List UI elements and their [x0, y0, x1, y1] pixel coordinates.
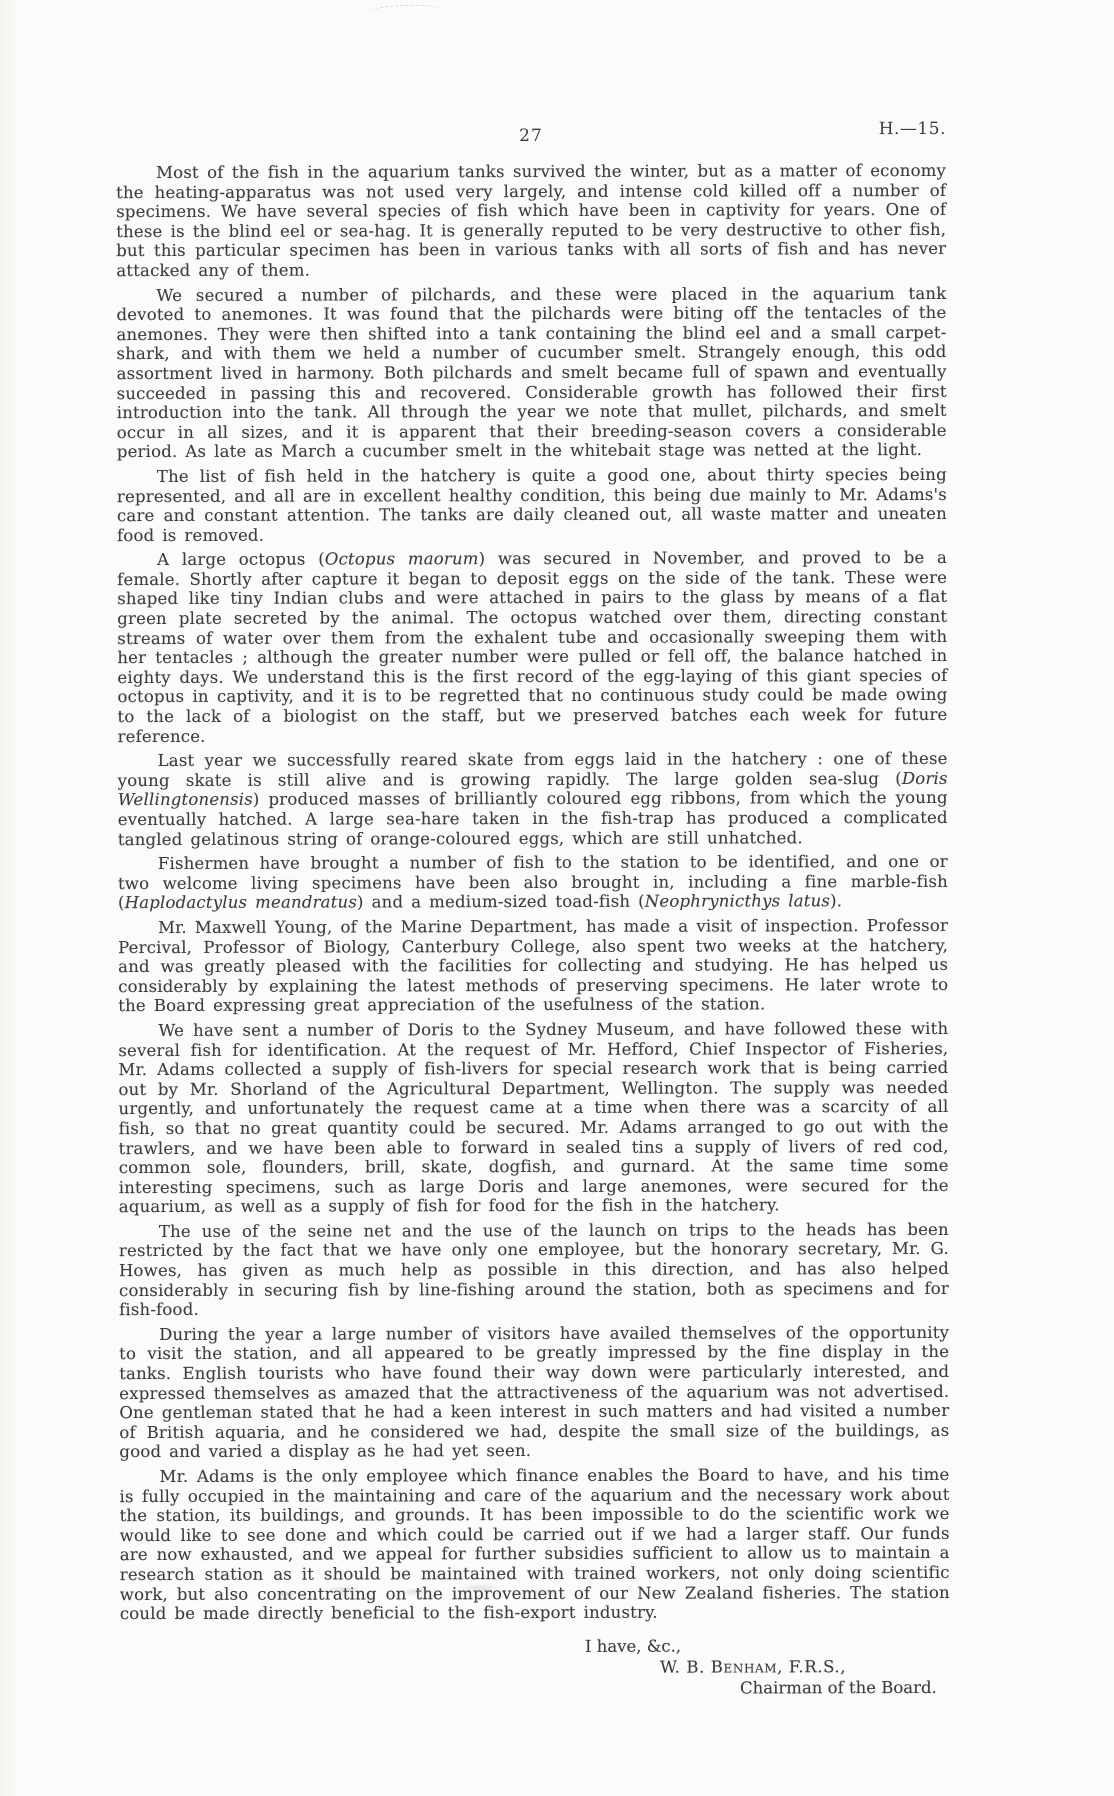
- paragraph: Last year we successfully reared skate f…: [118, 749, 948, 849]
- closing-block: I have, &c., W. B. Benham, F.R.S., Chair…: [120, 1635, 950, 1700]
- paragraph-text: During the year a large number of visito…: [119, 1323, 949, 1462]
- paragraph: The use of the seine net and the use of …: [119, 1220, 949, 1320]
- page-number: 27: [116, 125, 946, 147]
- page-header: 27 H.—15.: [116, 117, 946, 153]
- paragraph: A large octopus (Octopus maorum) was sec…: [117, 548, 948, 746]
- paragraphs: Most of the fish in the aquarium tanks s…: [116, 161, 950, 1624]
- scan-smudge-bottom: [255, 1572, 575, 1606]
- species-name: Haplodactylus meandratus: [125, 893, 357, 913]
- paragraph-text: The use of the seine net and the use of …: [119, 1220, 949, 1320]
- species-name: Neophrynicthys latus: [645, 892, 830, 911]
- paragraph-text: Mr. Maxwell Young, of the Marine Departm…: [118, 916, 948, 1016]
- paragraph: The list of fish held in the hatchery is…: [117, 465, 947, 546]
- paragraph: We have sent a number of Doris to the Sy…: [118, 1019, 949, 1217]
- species-name: Octopus maorum: [325, 549, 479, 568]
- paragraph-text: ).: [830, 892, 842, 911]
- paragraph-text: Most of the fish in the aquarium tanks s…: [116, 161, 946, 280]
- document-page: 27 H.—15. Most of the fish in the aquari…: [0, 0, 1114, 1796]
- closing-signature: W. B. Benham, F.R.S.,: [660, 1656, 950, 1678]
- paragraph: We secured a number of pilchards, and th…: [116, 283, 946, 462]
- paragraph-text: We secured a number of pilchards, and th…: [116, 283, 946, 461]
- paragraph-text: The list of fish held in the hatchery is…: [117, 465, 947, 545]
- paragraph-text: Last year we successfully reared skate f…: [118, 749, 948, 790]
- paragraph-text: ) was secured in November, and proved to…: [117, 548, 947, 746]
- paragraph: Most of the fish in the aquarium tanks s…: [116, 161, 946, 281]
- paragraph: Mr. Maxwell Young, of the Marine Departm…: [118, 916, 948, 1016]
- paragraph-text: We have sent a number of Doris to the Sy…: [118, 1019, 948, 1217]
- paragraph-text: A large octopus (: [157, 550, 325, 569]
- report-code: H.—15.: [879, 119, 946, 139]
- paragraph: Fishermen have brought a number of fish …: [118, 852, 948, 913]
- paragraph-text: ) and a medium-sized toad-fish (: [357, 892, 645, 912]
- closing-title: Chairman of the Board.: [740, 1677, 950, 1699]
- page-content: 27 H.—15. Most of the fish in the aquari…: [116, 117, 950, 1700]
- paragraph: During the year a large number of visito…: [119, 1323, 949, 1462]
- closing-salutation: I have, &c.,: [585, 1635, 950, 1657]
- scan-artifact-top: [368, 3, 440, 18]
